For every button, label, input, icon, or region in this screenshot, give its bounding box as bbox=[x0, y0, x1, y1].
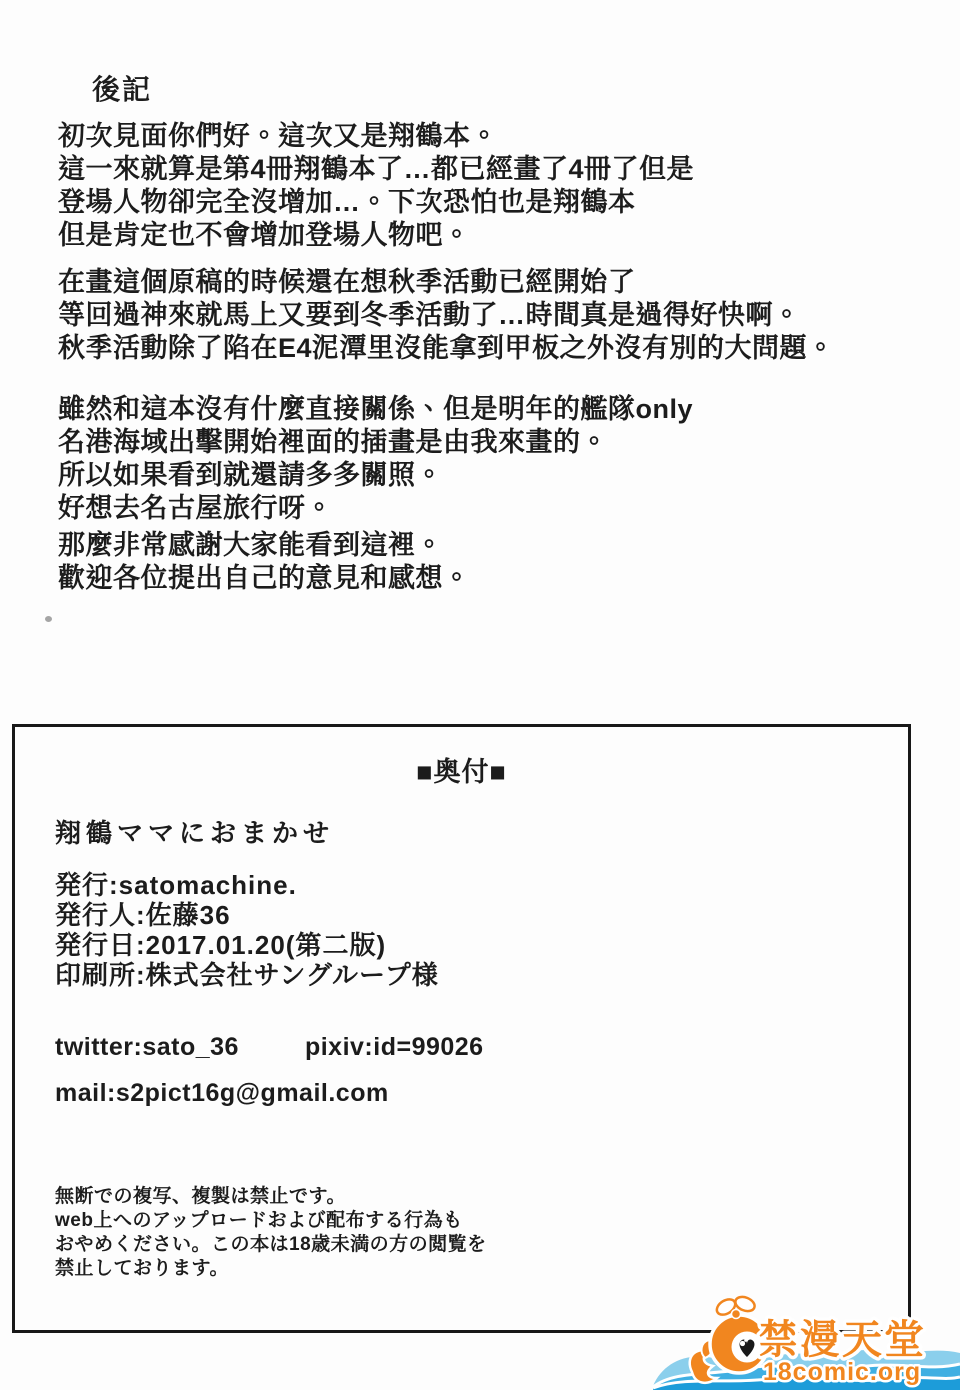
afterword-line: 所以如果看到就還請多多關照。 bbox=[58, 459, 693, 492]
publisher-person-line: 発行人:佐藤36 bbox=[55, 900, 439, 930]
publisher-line: 発行:satomachine. bbox=[55, 870, 439, 900]
afterword-line: 秋季活動除了陷在E4泥潭里沒能拿到甲板之外沒有別的大問題。 bbox=[58, 332, 835, 365]
afterword-title: 後記 bbox=[92, 68, 152, 108]
disclaimer-line: 禁止しております。 bbox=[55, 1257, 487, 1281]
book-title: 翔鶴ママにおまかせ bbox=[55, 813, 334, 850]
site-watermark: 禁漫天堂 18comic.org bbox=[645, 1290, 960, 1390]
afterword-line: 登場人物卻完全沒增加…。下次恐怕也是翔鶴本 bbox=[58, 186, 694, 219]
colophon-box: ■奥付■ 翔鶴ママにおまかせ 発行:satomachine. 発行人:佐藤36 … bbox=[12, 724, 911, 1333]
site-name: 禁漫天堂 bbox=[758, 1318, 926, 1362]
site-url: 18comic.org bbox=[763, 1358, 921, 1386]
disclaimer: 無断での複写、複製は禁止です。 web上へのアップロードおよび配布する行為も お… bbox=[55, 1185, 487, 1281]
publication-info: 発行:satomachine. 発行人:佐藤36 発行日:2017.01.20(… bbox=[55, 870, 439, 990]
scanned-page: 後記 初次見面你們好。這次又是翔鶴本。 這一來就算是第4冊翔鶴本了…都已經畫了4… bbox=[0, 0, 960, 1390]
bow-knot bbox=[732, 1310, 741, 1319]
pixiv-id: pixiv:id=99026 bbox=[305, 1033, 484, 1062]
afterword-line: 名港海域出擊開始裡面的插畫是由我來畫的。 bbox=[58, 426, 693, 459]
afterword-line: 等回過神來就馬上又要到冬季活動了…時間真是過得好快啊。 bbox=[58, 299, 835, 332]
afterword-paragraph-4: 那麼非常感謝大家能看到這裡。 歡迎各位提出自己的意見和感想。 bbox=[58, 529, 471, 595]
printer-line: 印刷所:株式会社サングループ様 bbox=[55, 960, 439, 990]
eye-highlight bbox=[740, 1341, 745, 1346]
eye-highlight bbox=[744, 1339, 747, 1342]
afterword-line: 好想去名古屋旅行呀。 bbox=[58, 492, 693, 525]
disclaimer-line: web上へのアップロードおよび配布する行為も bbox=[55, 1209, 487, 1233]
scan-speck bbox=[45, 616, 52, 622]
afterword-line: 雖然和這本沒有什麼直接關係、但是明年的艦隊only bbox=[58, 393, 693, 426]
disclaimer-line: 無断での複写、複製は禁止です。 bbox=[55, 1185, 487, 1209]
contacts-row: twitter:sato_36 pixiv:id=99026 bbox=[55, 1033, 484, 1062]
afterword-line: 那麼非常感謝大家能看到這裡。 bbox=[58, 529, 471, 562]
mail-address: mail:s2pict16g@gmail.com bbox=[55, 1079, 389, 1108]
afterword-line: 歡迎各位提出自己的意見和感想。 bbox=[58, 562, 471, 595]
afterword-paragraph-1: 初次見面你們好。這次又是翔鶴本。 這一來就算是第4冊翔鶴本了…都已經畫了4冊了但… bbox=[58, 120, 694, 252]
afterword-paragraph-2: 在畫這個原稿的時候還在想秋季活動已經開始了 等回過神來就馬上又要到冬季活動了…時… bbox=[58, 266, 835, 365]
afterword-line: 但是肯定也不會增加登場人物吧。 bbox=[58, 219, 694, 252]
colophon-header: ■奥付■ bbox=[15, 750, 908, 789]
afterword-line: 初次見面你們好。這次又是翔鶴本。 bbox=[58, 120, 694, 153]
afterword-line: 這一來就算是第4冊翔鶴本了…都已經畫了4冊了但是 bbox=[58, 153, 694, 186]
twitter-handle: twitter:sato_36 bbox=[55, 1033, 239, 1062]
afterword-line: 在畫這個原稿的時候還在想秋季活動已經開始了 bbox=[58, 266, 835, 299]
publish-date-line: 発行日:2017.01.20(第二版) bbox=[55, 930, 439, 960]
disclaimer-line: おやめください。この本は18歳未満の方の閲覧を bbox=[55, 1233, 487, 1257]
afterword-paragraph-3: 雖然和這本沒有什麼直接關係、但是明年的艦隊only 名港海域出擊開始裡面的插畫是… bbox=[58, 393, 693, 525]
